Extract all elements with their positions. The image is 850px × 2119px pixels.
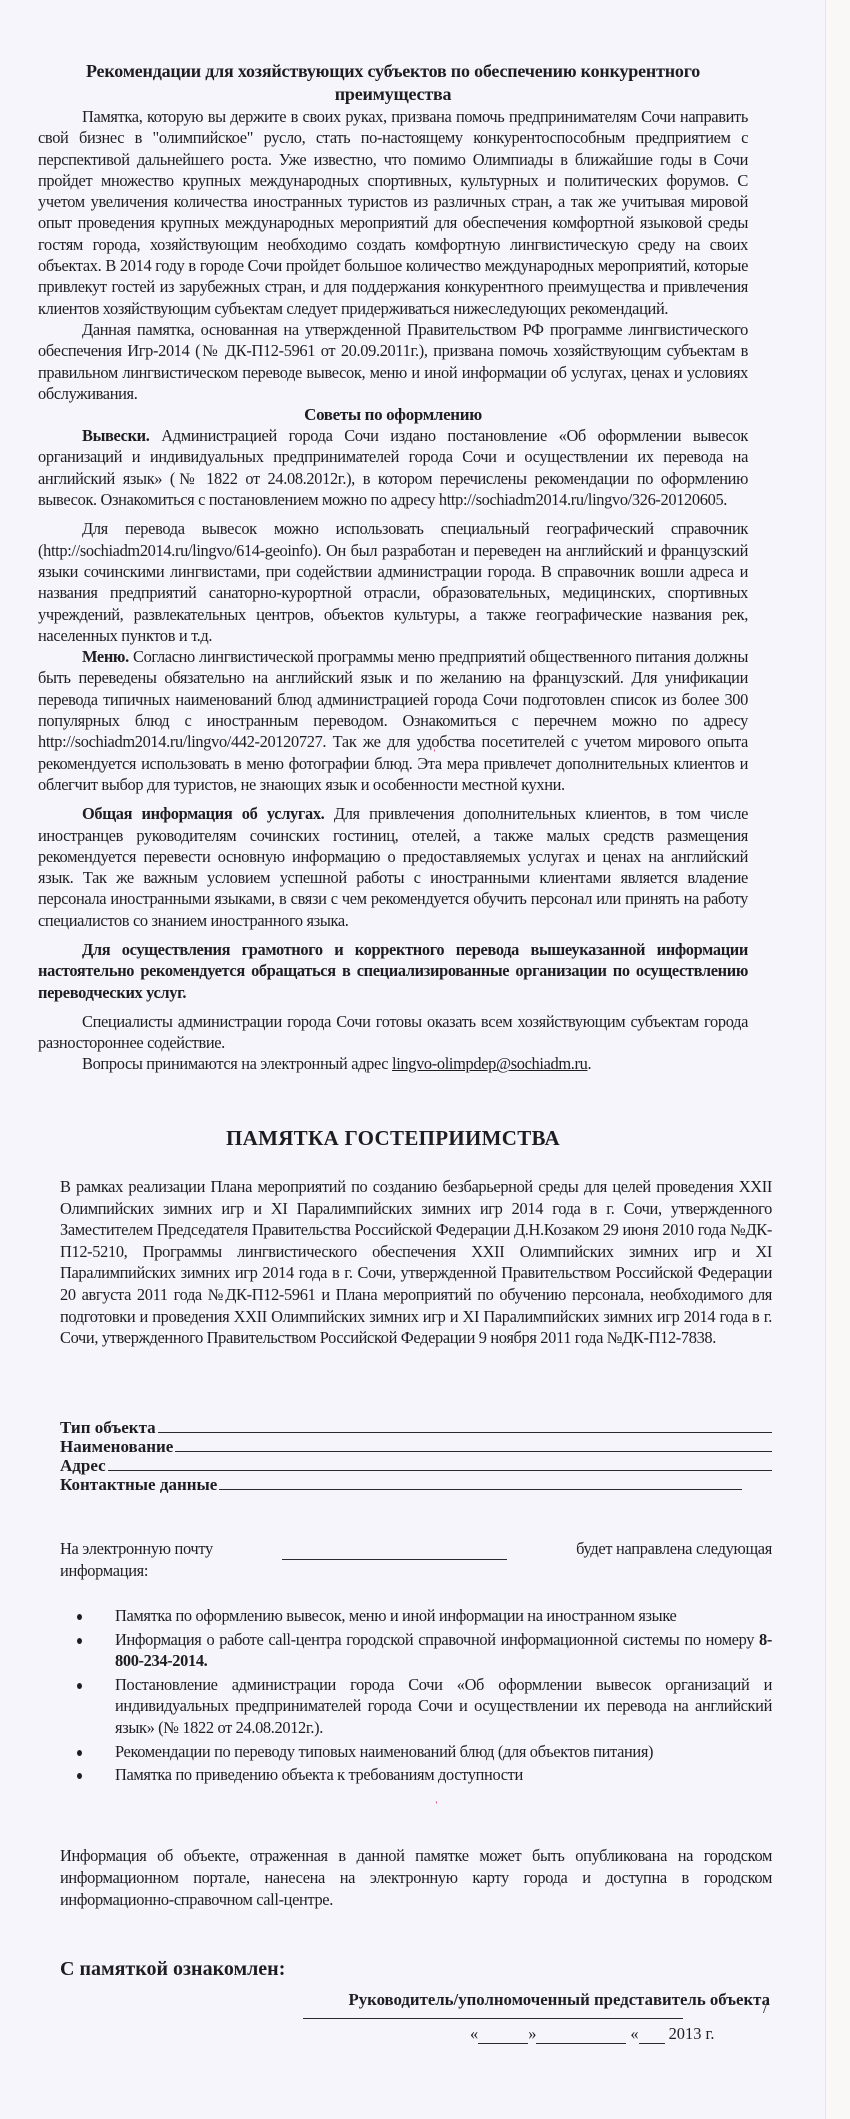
ink-mark: ˈ bbox=[434, 1800, 439, 1816]
bullet-icon bbox=[77, 1683, 82, 1689]
contacts-label: Контактные данные bbox=[60, 1475, 217, 1494]
translation-advice-text: Для осуществления грамотного и корректно… bbox=[38, 940, 748, 1002]
date-open-quote-2: « bbox=[630, 2024, 638, 2044]
form-row-contacts: Контактные данные bbox=[60, 1475, 772, 1494]
email-suffix: будет направлена следующая bbox=[576, 1538, 772, 1560]
hospitality-title: ПАМЯТКА ГОСТЕПРИИМСТВА bbox=[38, 1126, 748, 1151]
date-month-field[interactable] bbox=[536, 2029, 626, 2044]
name-label: Наименование bbox=[60, 1437, 173, 1456]
object-type-label: Тип объекта bbox=[60, 1418, 156, 1437]
acknowledged-heading: С памяткой ознакомлен: bbox=[60, 1958, 285, 1981]
signs-paragraph: Вывески. Администрацией города Сочи изда… bbox=[38, 425, 748, 510]
tips-heading: Советы по оформлению bbox=[38, 404, 748, 425]
signature-field[interactable] bbox=[303, 2018, 683, 2019]
contact-email-link[interactable]: lingvo-olimpdep@sochiadm.ru bbox=[392, 1054, 587, 1073]
list-item-text: Постановление администрации города Сочи … bbox=[115, 1675, 772, 1737]
info-list: Памятка по оформлению вывесок, меню и ин… bbox=[60, 1605, 772, 1788]
geo-reference-paragraph: Для перевода вывесок можно использовать … bbox=[38, 518, 748, 646]
contacts-field[interactable] bbox=[219, 1489, 742, 1490]
bullet-icon bbox=[77, 1614, 82, 1620]
address-label: Адрес bbox=[60, 1456, 106, 1475]
list-item-text: Памятка по оформлению вывесок, меню и ин… bbox=[115, 1606, 676, 1625]
signs-label: Вывески. bbox=[82, 426, 150, 445]
email-suffix-2: информация: bbox=[60, 1560, 772, 1582]
form-row-name: Наименование bbox=[60, 1437, 772, 1456]
contact-paragraph: Вопросы принимаются на электронный адрес… bbox=[38, 1053, 748, 1074]
list-item: Информация о работе call-центра городско… bbox=[60, 1629, 772, 1672]
bullet-icon bbox=[77, 1750, 82, 1756]
menu-label: Меню. bbox=[82, 647, 129, 666]
email-field[interactable] bbox=[282, 1545, 507, 1560]
list-item-text: Информация о работе call-центра городско… bbox=[115, 1630, 759, 1649]
menu-text: Согласно лингвистической программы меню … bbox=[38, 647, 748, 794]
menu-paragraph: Меню. Согласно лингвистической программы… bbox=[38, 646, 748, 795]
services-label: Общая информация об услугах. bbox=[82, 804, 324, 823]
form-row-object-type: Тип объекта bbox=[60, 1418, 772, 1437]
date-year: 2013 г. bbox=[669, 2024, 715, 2044]
object-type-field[interactable] bbox=[158, 1432, 772, 1433]
date-extra-field[interactable] bbox=[639, 2029, 665, 2044]
list-item: Памятка по приведению объекта к требован… bbox=[60, 1764, 772, 1786]
scan-edge bbox=[825, 0, 850, 2119]
signature-slash: / bbox=[763, 2000, 767, 2018]
publication-note: Информация об объекте, отраженная в данн… bbox=[60, 1845, 772, 1911]
signer-title: Руководитель/уполномоченный представител… bbox=[349, 1990, 771, 2010]
intro-paragraph-2: Данная памятка, основанная на утвержденн… bbox=[38, 319, 748, 404]
date-day-field[interactable] bbox=[478, 2029, 528, 2044]
bullet-icon bbox=[77, 1638, 82, 1644]
hospitality-intro: В рамках реализации Плана мероприятий по… bbox=[60, 1176, 772, 1349]
support-paragraph: Специалисты администрации города Сочи го… bbox=[38, 1011, 748, 1054]
ink-mark: ˈ bbox=[432, 748, 437, 764]
bullet-icon bbox=[77, 1773, 82, 1779]
name-field[interactable] bbox=[175, 1451, 772, 1452]
email-sentence: На электронную почту будет направлена сл… bbox=[60, 1538, 772, 1582]
list-item-text: Рекомендации по переводу типовых наимено… bbox=[115, 1742, 653, 1761]
object-form: Тип объекта Наименование Адрес Контактны… bbox=[60, 1418, 772, 1494]
date-field: « » « 2013 г. bbox=[470, 2024, 772, 2044]
contact-prefix: Вопросы принимаются на электронный адрес bbox=[82, 1054, 392, 1073]
list-item-text: Памятка по приведению объекта к требован… bbox=[115, 1765, 523, 1784]
intro-paragraph-1: Памятка, которую вы держите в своих рука… bbox=[38, 106, 748, 319]
translation-advice: Для осуществления грамотного и корректно… bbox=[38, 939, 748, 1003]
recommendations-body: Памятка, которую вы держите в своих рука… bbox=[38, 106, 748, 1075]
date-close-quote: » bbox=[528, 2024, 536, 2044]
list-item: Памятка по оформлению вывесок, меню и ин… bbox=[60, 1605, 772, 1627]
date-open-quote: « bbox=[470, 2024, 478, 2044]
services-paragraph: Общая информация об услугах. Для привлеч… bbox=[38, 803, 748, 931]
contact-suffix: . bbox=[587, 1054, 591, 1073]
list-item: Постановление администрации города Сочи … bbox=[60, 1674, 772, 1739]
recommendations-title: Рекомендации для хозяйствующих субъектов… bbox=[38, 60, 748, 106]
address-field[interactable] bbox=[108, 1470, 772, 1471]
list-item: Рекомендации по переводу типовых наимено… bbox=[60, 1741, 772, 1763]
email-prefix: На электронную почту bbox=[60, 1538, 213, 1560]
form-row-address: Адрес bbox=[60, 1456, 772, 1475]
